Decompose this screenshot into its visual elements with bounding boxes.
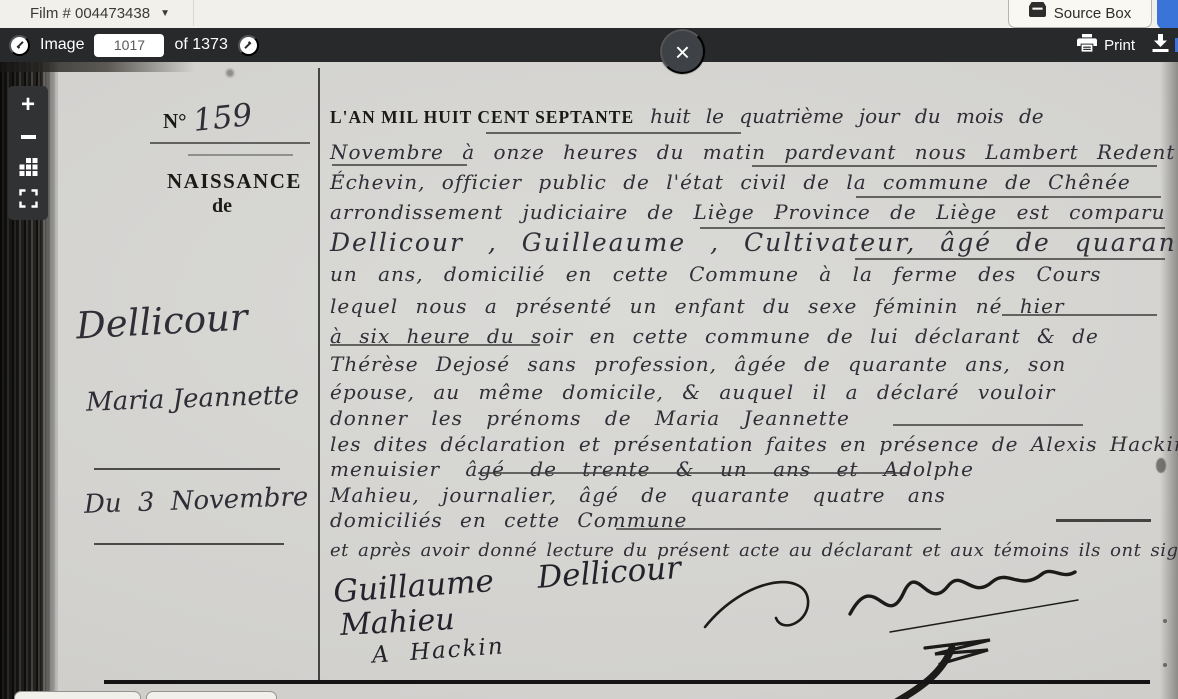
- thumbnail-grid-button[interactable]: [14, 156, 42, 182]
- ink-rule: [616, 528, 941, 530]
- document-line: Novembre à onze heures du matin pardevan…: [330, 140, 1175, 164]
- film-bar-divider: [193, 0, 194, 26]
- chevron-right-icon: [243, 41, 251, 49]
- scan-speck: [1163, 663, 1167, 667]
- margin-date: Du 3 Novembre: [84, 482, 309, 520]
- document-line: Échevin, officier public de l'état civil…: [330, 170, 1131, 194]
- signature-witness-1: Mahieu: [339, 602, 455, 643]
- close-viewer-button[interactable]: ×: [660, 29, 705, 74]
- record-bottom-rule: [104, 680, 1150, 684]
- ink-rule: [1002, 314, 1157, 316]
- ink-rule: [94, 543, 284, 545]
- grid-icon: [19, 158, 38, 181]
- fullscreen-icon: [19, 189, 38, 213]
- image-count-label: of 1373: [174, 36, 227, 54]
- ink-rule: [1056, 519, 1151, 522]
- scan-speck: [1156, 458, 1166, 473]
- document-line: un ans, domicilié en cette Commune à la …: [330, 262, 1102, 286]
- ink-rule: [188, 154, 293, 156]
- ink-rule: [700, 227, 1165, 229]
- ink-rule: [893, 424, 1083, 426]
- fullscreen-button[interactable]: [14, 188, 42, 214]
- record-number-prefix: N°: [163, 109, 187, 134]
- viewer-controls: +: [8, 86, 48, 220]
- record-body: L'AN MIL HUIT CENT SEPTANTE huit le quat…: [330, 62, 1170, 699]
- document-line: Dellicour , Guilleaume , Cultivateur, âg…: [330, 228, 1178, 257]
- image-viewer: Film # 004473438 ▼ Source Box Image of 1…: [0, 0, 1178, 699]
- officer-signature-flourish: [690, 552, 1100, 699]
- scanned-document[interactable]: + N° 159 NAISSANCE: [0, 62, 1178, 699]
- download-icon: [1151, 34, 1170, 57]
- image-number-input[interactable]: [94, 34, 164, 57]
- margin-surname: Dellicour: [75, 296, 249, 348]
- record-number: 159: [191, 97, 254, 139]
- zoom-out-icon: [21, 135, 36, 139]
- ink-rule: [752, 165, 1157, 167]
- ink-rule: [150, 142, 310, 144]
- ink-rule: [330, 344, 540, 346]
- document-line: donner les prénoms de Maria Jeannette: [330, 406, 850, 430]
- record-type-de: de: [212, 195, 232, 218]
- image-toolbar: Image of 1373 Print: [0, 28, 1178, 62]
- film-dropdown-caret-icon: ▼: [160, 8, 170, 19]
- film-label: Film # 004473438: [30, 5, 150, 22]
- ink-rule: [486, 132, 741, 134]
- record-type-heading: NAISSANCE: [167, 169, 302, 194]
- document-line: menuisier âgé de trente & un ans et Adol…: [330, 457, 974, 481]
- image-label: Image: [40, 36, 84, 54]
- previous-image-button[interactable]: [9, 35, 30, 56]
- document-line: Thérèse Dejosé sans profession, âgée de …: [330, 352, 1066, 376]
- ink-rule: [478, 472, 908, 474]
- ink-rule: [94, 468, 280, 470]
- film-selector[interactable]: Film # 004473438 ▼: [30, 0, 170, 26]
- margin-divider-rule: [318, 68, 320, 681]
- film-bar: Film # 004473438 ▼ Source Box: [0, 0, 1178, 28]
- source-box-label: Source Box: [1054, 5, 1132, 22]
- chevron-left-icon: [17, 41, 25, 49]
- zoom-in-icon: +: [21, 93, 35, 117]
- zoom-out-button[interactable]: [14, 124, 42, 150]
- ink-rule: [332, 164, 467, 166]
- ink-rule: [855, 258, 1165, 260]
- bottom-sheet-button[interactable]: [14, 691, 141, 699]
- bottom-sheet-button[interactable]: [146, 691, 277, 699]
- source-box-icon: [1029, 2, 1046, 21]
- scan-speck: [1163, 619, 1167, 623]
- print-button[interactable]: Print: [1077, 34, 1135, 56]
- scan-speck: [226, 69, 234, 77]
- document-line: lequel nous a présenté un enfant du sexe…: [330, 294, 1065, 318]
- document-line: les dites déclaration et présentation fa…: [330, 432, 1178, 456]
- close-icon: ×: [675, 39, 690, 65]
- source-box-button[interactable]: Source Box: [1008, 0, 1152, 28]
- document-line: Mahieu, journalier, âgé de quarante quat…: [330, 483, 946, 507]
- ink-rule: [856, 196, 1161, 198]
- download-button[interactable]: [1151, 34, 1170, 57]
- primary-action-button[interactable]: [1157, 0, 1178, 29]
- margin-given-names: Maria Jeannette: [86, 380, 300, 417]
- zoom-in-button[interactable]: +: [14, 92, 42, 118]
- document-line: L'AN MIL HUIT CENT SEPTANTE huit le quat…: [330, 104, 1044, 128]
- document-line: épouse, au même domicile, & auquel il a …: [330, 380, 1055, 404]
- document-line: arrondissement judiciaire de Liège Provi…: [330, 200, 1165, 224]
- next-image-button[interactable]: [238, 35, 259, 56]
- print-icon: [1077, 34, 1097, 56]
- print-label: Print: [1104, 37, 1135, 54]
- printed-opening: L'AN MIL HUIT CENT SEPTANTE: [330, 107, 634, 128]
